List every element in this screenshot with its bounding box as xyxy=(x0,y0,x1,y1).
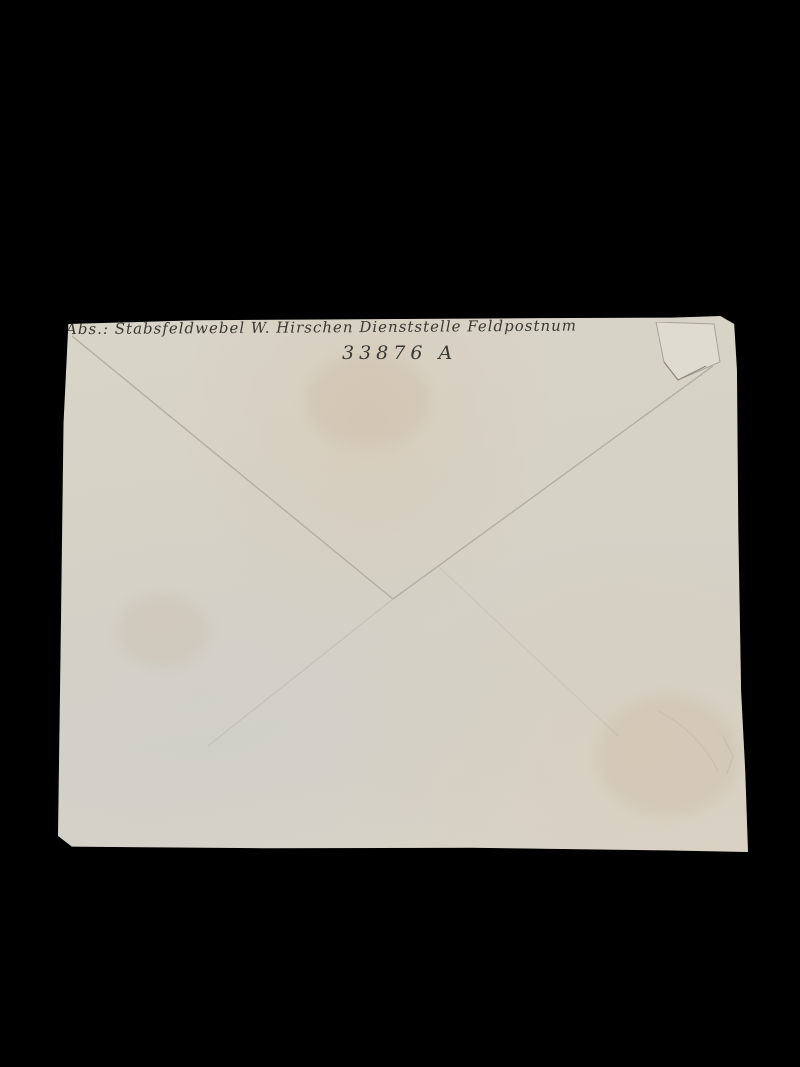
feldpost-number-handwriting: 33876 A xyxy=(342,342,457,364)
photo-background: Abs.: Stabsfeldwebel W. Hirschen Diensts… xyxy=(0,0,800,1067)
envelope-back: Abs.: Stabsfeldwebel W. Hirschen Diensts… xyxy=(58,316,748,852)
envelope-flap-fold-lines xyxy=(58,316,748,852)
